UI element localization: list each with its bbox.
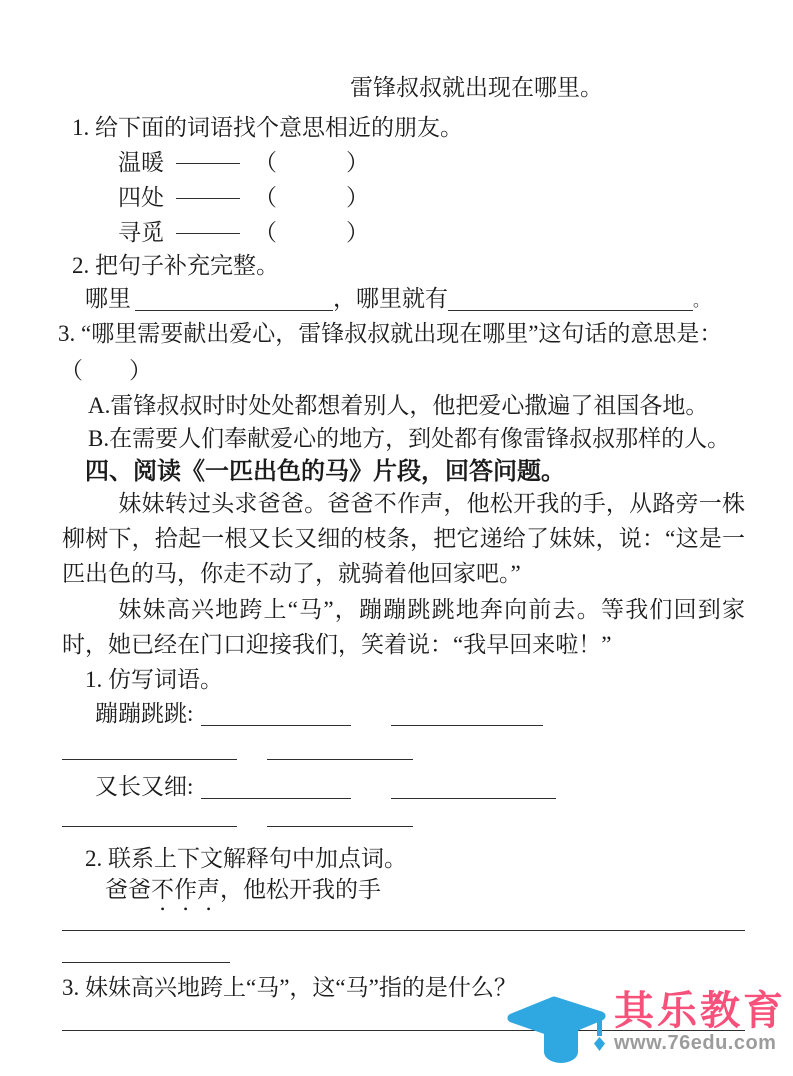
sub1-blank-2b xyxy=(391,776,556,799)
answer-line-short xyxy=(62,962,230,963)
sub2-sentence-start: 爸爸 xyxy=(105,877,151,902)
q1-row-3: 寻觅（ ） xyxy=(118,217,369,249)
watermark-text: 其乐教育 www.76edu.com xyxy=(614,990,786,1054)
sub1-word-2: 又长又细: xyxy=(95,774,193,799)
sub1-row-1: 蹦蹦跳跳: xyxy=(95,698,543,730)
match-dash-line xyxy=(176,233,240,234)
q2-fill-line: 哪里，哪里就有。 xyxy=(85,283,709,318)
worksheet-page: 雷锋叔叔就出现在哪里。 1. 给下面的词语找个意思相近的朋友。 温暖（ ） 四处… xyxy=(0,0,793,1076)
q1-word-1: 温暖 xyxy=(118,150,164,175)
sub2-label: 2. 联系上下文解释句中加点词。 xyxy=(85,843,407,875)
q3-label: 3. “哪里需要献出爱心，雷锋叔叔就出现在哪里”这句话的意思是： xyxy=(58,318,722,350)
q2-middle: ，哪里就有 xyxy=(333,286,448,311)
q3-answer-bracket: （ ） xyxy=(60,355,152,387)
q3-option-a: A.雷锋叔叔时时处处都想着别人，他把爱心撒遍了祖国各地。 xyxy=(88,390,708,422)
q2-blank-2 xyxy=(448,288,693,311)
q1-word-3: 寻觅 xyxy=(118,220,164,245)
q1-row-2: 四处（ ） xyxy=(118,182,369,214)
q1-bracket-2: （ ） xyxy=(254,185,369,210)
q2-label: 2. 把句子补充完整。 xyxy=(72,250,279,282)
cap-board xyxy=(512,1001,601,1034)
sub1-blank-1c xyxy=(62,737,237,760)
sub1-label: 1. 仿写词语。 xyxy=(85,664,223,696)
sub1-row-1-continued xyxy=(62,732,413,764)
q1-row-1: 温暖（ ） xyxy=(118,147,369,179)
cap-tassel-end xyxy=(594,1037,605,1051)
q1-word-2: 四处 xyxy=(118,185,164,210)
passage-paragraph-1: 妹妹转过头求爸爸。爸爸不作声，他松开我的手，从路旁一株柳树下，拾起一根又长又细的… xyxy=(62,470,745,591)
sub1-blank-2d xyxy=(267,804,413,827)
sub1-blank-2c xyxy=(62,804,237,827)
match-dash-line xyxy=(176,198,240,199)
publisher-watermark: 其乐教育 www.76edu.com xyxy=(504,990,786,1074)
sub1-row-2-continued xyxy=(62,799,413,831)
q1-bracket-1: （ ） xyxy=(254,150,369,175)
sub1-blank-2a xyxy=(201,776,351,799)
cap-tassel-cord xyxy=(597,1017,602,1036)
sub2-sentence: 爸爸不作声，他松开我的手 xyxy=(105,874,381,916)
sub2-sentence-emphasized: 不作声 xyxy=(151,877,220,902)
graduation-cap-icon xyxy=(504,990,608,1074)
q2-blank-1 xyxy=(135,288,333,311)
continuation-line: 雷锋叔叔就出现在哪里。 xyxy=(350,72,603,104)
watermark-url: www.76edu.com xyxy=(614,1032,786,1054)
sub1-blank-1b xyxy=(391,703,543,726)
sub1-word-1: 蹦蹦跳跳: xyxy=(95,701,193,726)
match-dash-line xyxy=(176,163,240,164)
sub3-label: 3. 妹妹高兴地跨上“马”，这“马”指的是什么？ xyxy=(62,972,517,1004)
q1-label: 1. 给下面的词语找个意思相近的朋友。 xyxy=(72,112,463,144)
q1-bracket-3: （ ） xyxy=(254,220,369,245)
sub1-blank-1d xyxy=(267,737,413,760)
q2-suffix: 。 xyxy=(693,293,709,310)
sub1-blank-1a xyxy=(201,703,351,726)
q2-prefix: 哪里 xyxy=(85,286,131,311)
answer-line-long-1 xyxy=(62,930,745,931)
passage-paragraph-2: 妹妹高兴地跨上“马”，蹦蹦跳跳地奔向前去。等我们回到家时，她已经在门口迎接我们，… xyxy=(62,576,745,662)
watermark-brand-name: 其乐教育 xyxy=(614,990,786,1032)
q3-option-b: B.在需要人们奉献爱心的地方，到处都有像雷锋叔叔那样的人。 xyxy=(88,423,730,455)
sub2-sentence-rest: ，他松开我的手 xyxy=(220,877,381,902)
